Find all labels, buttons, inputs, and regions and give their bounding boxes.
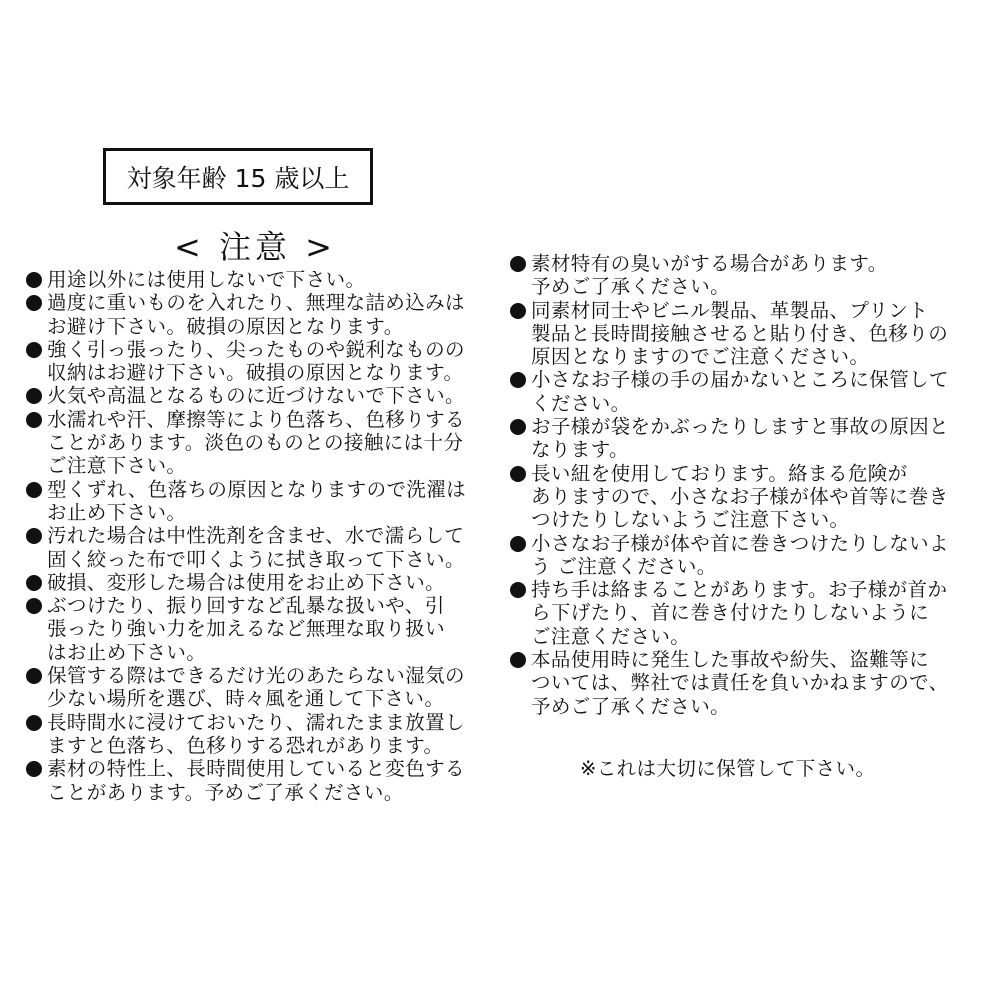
caution-line: 原因となりますのでご注意ください。 [531, 345, 980, 368]
caution-item: 保管する際はできるだけ光のあたらない湿気の少ない場所を選び、時々風を通して下さい… [26, 664, 496, 711]
caution-line: 素材特有の臭いがする場合があります。 [531, 252, 980, 275]
caution-item: 用途以外には使用しないで下さい。 [26, 268, 496, 291]
age-notice-box: 対象年齢 15 歳以上 [103, 148, 373, 205]
caution-line: 少ない場所を選び、時々風を通して下さい。 [47, 687, 496, 710]
caution-line: つけたりしないようご注意下さい。 [531, 508, 980, 531]
caution-item: 素材特有の臭いがする場合があります。予めご了承ください。 [510, 252, 980, 299]
caution-line: なります。 [531, 438, 980, 461]
bullet-icon [26, 295, 42, 311]
bullet-icon [26, 761, 42, 777]
caution-line: ますと色落ち、色移りする恐れがあります。 [47, 734, 496, 757]
caution-line: 汚れた場合は中性洗剤を含ませ、水で濡らして [47, 524, 496, 547]
caution-line: ご注意下さい。 [47, 454, 496, 477]
caution-line: ことがあります。淡色のものとの接触には十分 [47, 431, 496, 454]
caution-list-right: 素材特有の臭いがする場合があります。予めご了承ください。同素材同士やビニル製品、… [510, 252, 980, 718]
caution-line: う ご注意ください。 [531, 555, 980, 578]
caution-list-left: 用途以外には使用しないで下さい。過度に重いものを入れたり、無理な詰め込みはお避け… [26, 268, 496, 804]
caution-line: ご注意ください。 [531, 625, 980, 648]
caution-line: 長い紐を使用しております。絡まる危険が [531, 462, 980, 485]
caution-line: ぶつけたり、振り回すなど乱暴な扱いや、引 [47, 594, 496, 617]
caution-item: 本品使用時に発生した事故や紛失、盗難等については、弊社では責任を負いかねますので… [510, 648, 980, 718]
caution-item: 汚れた場合は中性洗剤を含ませ、水で濡らして固く絞った布で叩くように拭き取って下さ… [26, 524, 496, 571]
caution-line: 同素材同士やビニル製品、革製品、プリント [531, 299, 980, 322]
caution-line: お子様が袋をかぶったりしますと事故の原因と [531, 415, 980, 438]
bullet-icon [510, 536, 526, 552]
caution-line: 本品使用時に発生した事故や紛失、盗難等に [531, 648, 980, 671]
caution-line: 破損、変形した場合は使用をお止め下さい。 [47, 571, 496, 594]
caution-line: はお止め下さい。 [47, 641, 496, 664]
bullet-icon [26, 412, 42, 428]
caution-line: 用途以外には使用しないで下さい。 [47, 268, 496, 291]
caution-line: 予めご了承ください。 [531, 275, 980, 298]
caution-item: 火気や高温となるものに近づけないで下さい。 [26, 384, 496, 407]
caution-line: 長時間水に浸けておいたり、濡れたまま放置し [47, 711, 496, 734]
bullet-icon [26, 668, 42, 684]
caution-line: 水濡れや汗、摩擦等により色落ち、色移りする [47, 408, 496, 431]
caution-line: 小さなお子様の手の届かないところに保管して [531, 368, 980, 391]
bullet-icon [26, 715, 42, 731]
caution-line: 製品と長時間接触させると貼り付き、色移りの [531, 322, 980, 345]
bullet-icon [510, 466, 526, 482]
caution-line: 固く絞った布で叩くように拭き取って下さい。 [47, 548, 496, 571]
bullet-icon [510, 372, 526, 388]
caution-line: ありますので、小さなお子様が体や首等に巻き [531, 485, 980, 508]
caution-line: 火気や高温となるものに近づけないで下さい。 [47, 384, 496, 407]
caution-line: 過度に重いものを入れたり、無理な詰め込みは [47, 291, 496, 314]
bullet-icon [26, 342, 42, 358]
caution-item: 破損、変形した場合は使用をお止め下さい。 [26, 571, 496, 594]
bullet-icon [510, 652, 526, 668]
caution-item: 長時間水に浸けておいたり、濡れたまま放置しますと色落ち、色移りする恐れがあります… [26, 711, 496, 758]
caution-line: 保管する際はできるだけ光のあたらない湿気の [47, 664, 496, 687]
bullet-icon [510, 419, 526, 435]
bullet-icon [510, 256, 526, 272]
caution-title: < 注意 > [170, 222, 340, 268]
caution-line: ら下げたり、首に巻き付けたりしないように [531, 601, 980, 624]
bullet-icon [26, 528, 42, 544]
caution-item: お子様が袋をかぶったりしますと事故の原因となります。 [510, 415, 980, 462]
bullet-icon [510, 303, 526, 319]
caution-line: 収納はお避け下さい。破損の原因となります。 [47, 361, 496, 384]
caution-line: ついては、弊社では責任を負いかねますので、 [531, 671, 980, 694]
caution-line: 型くずれ、色落ちの原因となりますので洗濯は [47, 478, 496, 501]
caution-item: 型くずれ、色落ちの原因となりますので洗濯はお止め下さい。 [26, 478, 496, 525]
bullet-icon [26, 482, 42, 498]
caution-line: ください。 [531, 392, 980, 415]
caution-line: お止め下さい。 [47, 501, 496, 524]
caution-item: 長い紐を使用しております。絡まる危険がありますので、小さなお子様が体や首等に巻き… [510, 462, 980, 532]
caution-item: 過度に重いものを入れたり、無理な詰め込みはお避け下さい。破損の原因となります。 [26, 291, 496, 338]
caution-item: 素材の特性上、長時間使用していると変色することがあります。予めご了承ください。 [26, 757, 496, 804]
bullet-icon [26, 598, 42, 614]
caution-item: 同素材同士やビニル製品、革製品、プリント製品と長時間接触させると貼り付き、色移り… [510, 299, 980, 369]
caution-item: 持ち手は絡まることがあります。お子様が首から下げたり、首に巻き付けたりしないよう… [510, 578, 980, 648]
bullet-icon [26, 575, 42, 591]
caution-line: お避け下さい。破損の原因となります。 [47, 315, 496, 338]
caution-line: 持ち手は絡まることがあります。お子様が首か [531, 578, 980, 601]
caution-item: ぶつけたり、振り回すなど乱暴な扱いや、引張ったり強い力を加えるなど無理な取り扱い… [26, 594, 496, 664]
caution-item: 小さなお子様が体や首に巻きつけたりしないよう ご注意ください。 [510, 532, 980, 579]
bullet-icon [26, 388, 42, 404]
age-notice-text: 対象年齢 15 歳以上 [127, 159, 350, 195]
caution-item: 強く引っ張ったり、尖ったものや鋭利なものの収納はお避け下さい。破損の原因となりま… [26, 338, 496, 385]
caution-line: 素材の特性上、長時間使用していると変色する [47, 757, 496, 780]
caution-line: 小さなお子様が体や首に巻きつけたりしないよ [531, 532, 980, 555]
caution-line: ことがあります。予めご了承ください。 [47, 781, 496, 804]
bullet-icon [26, 272, 42, 288]
caution-item: 水濡れや汗、摩擦等により色落ち、色移りすることがあります。淡色のものとの接触には… [26, 408, 496, 478]
footer-note: ※これは大切に保管して下さい。 [580, 753, 875, 781]
caution-item: 小さなお子様の手の届かないところに保管してください。 [510, 368, 980, 415]
caution-line: 強く引っ張ったり、尖ったものや鋭利なものの [47, 338, 496, 361]
caution-line: 張ったり強い力を加えるなど無理な取り扱い [47, 617, 496, 640]
caution-line: 予めご了承ください。 [531, 695, 980, 718]
bullet-icon [510, 582, 526, 598]
